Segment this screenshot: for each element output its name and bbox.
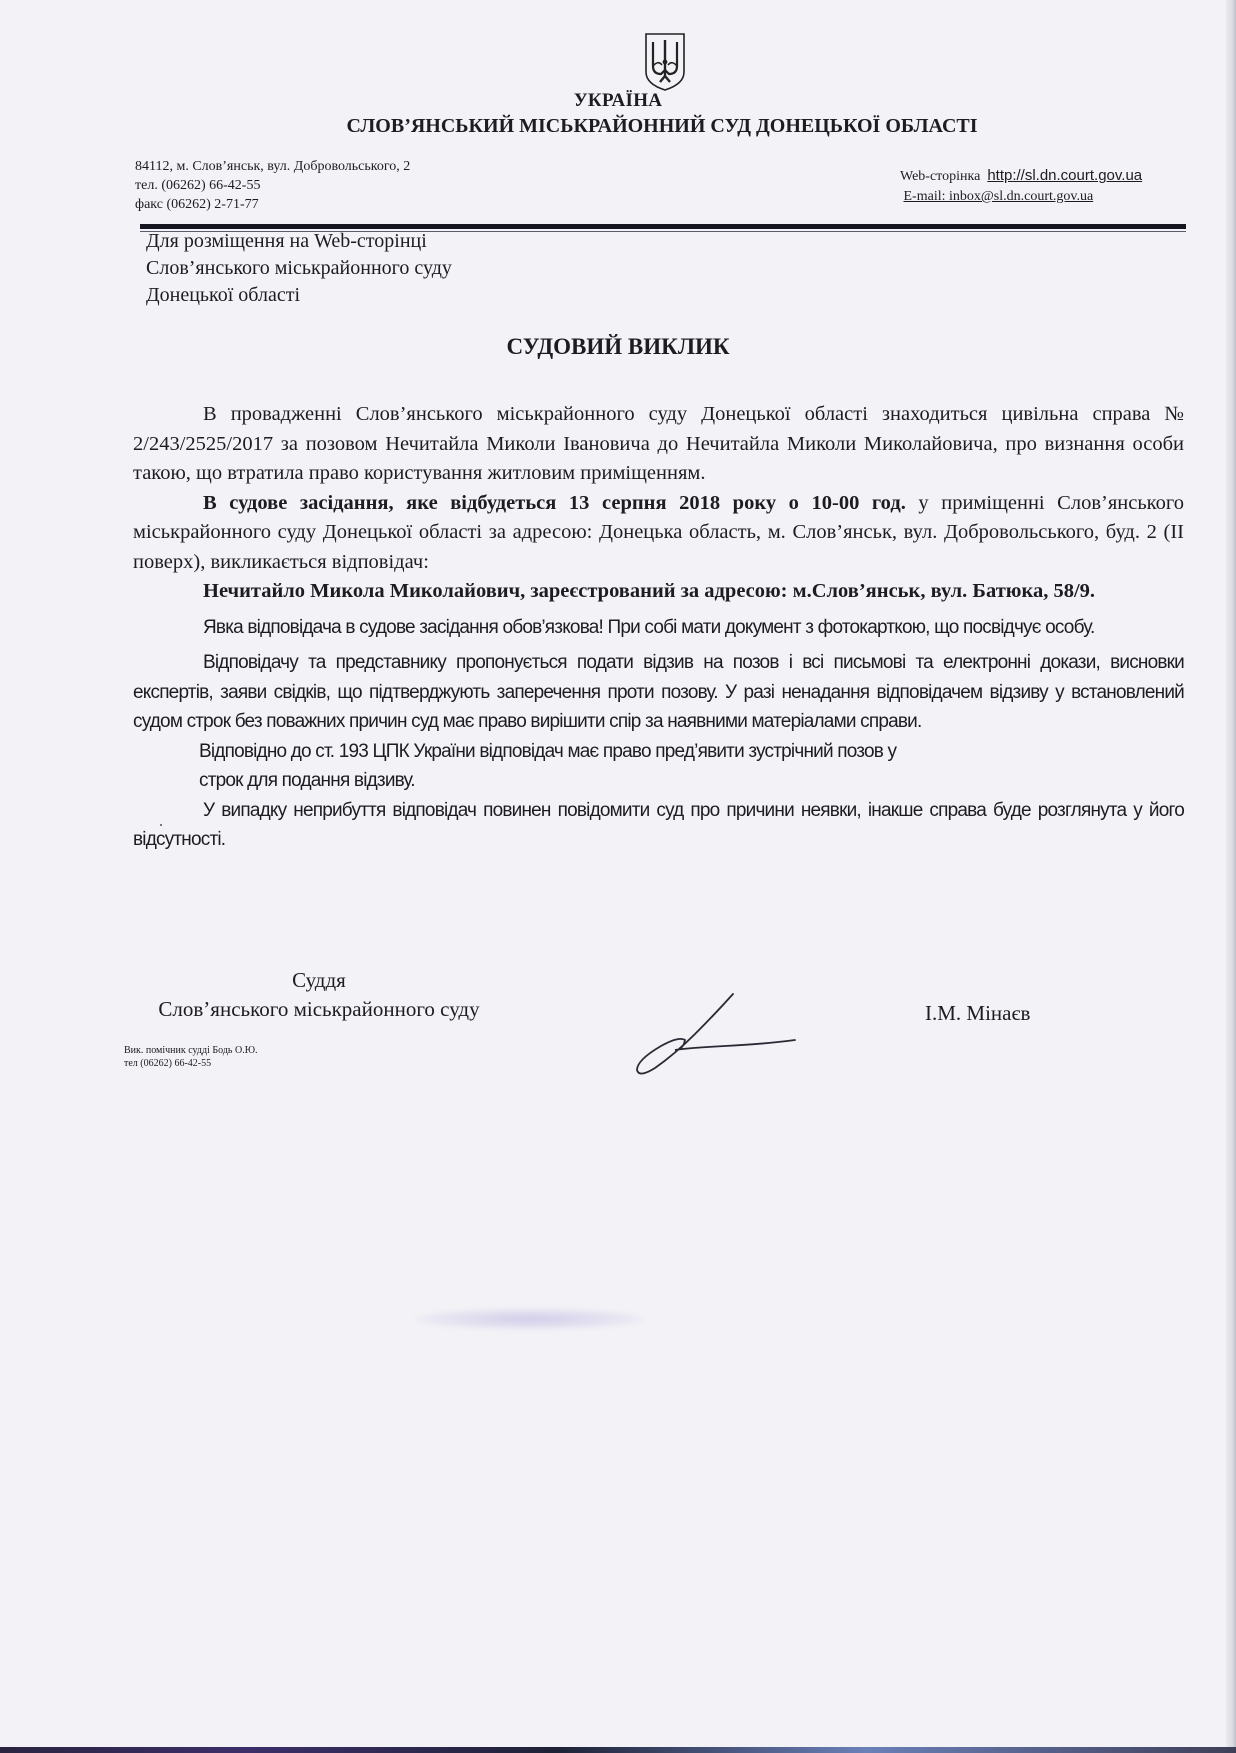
court-name-heading: СЛОВ’ЯНСЬКИЙ МІСЬКРАЙОННИЙ СУД ДОНЕЦЬКОЇ…: [322, 115, 1002, 138]
judge-role: Суддя: [124, 966, 514, 995]
scan-page-edge: [1226, 0, 1236, 1753]
court-address: 84112, м. Слов’янськ, вул. Добровольсько…: [135, 157, 410, 176]
document-title: СУДОВИЙ ВИКЛИК: [0, 334, 1236, 360]
email-link[interactable]: E-mail: inbox@sl.dn.court.gov.ua: [904, 189, 1094, 204]
defendant-paragraph: Нечитайло Микола Миколайович, зареєстров…: [133, 577, 1184, 607]
faded-stamp-mark: [415, 1308, 645, 1330]
assistant-phone: тел (06262) 66-42-55: [124, 1057, 257, 1070]
summons-body: В провадженні Слов’янського міськрайонно…: [133, 400, 1184, 855]
hearing-paragraph: В судове засідання, яке відбудеться 13 с…: [133, 489, 1184, 578]
web-label: Web-сторінка: [900, 169, 980, 184]
absence-paragraph: У випадку неприбуття відповідач повинен …: [133, 796, 1184, 855]
ukraine-trident-icon: [644, 32, 686, 92]
court-web-contacts: Web-сторінка http://sl.dn.court.gov.ua E…: [900, 166, 1142, 207]
handwritten-signature-icon: [625, 990, 805, 1080]
scan-speck: [160, 824, 162, 826]
placement-line: Донецької області: [146, 282, 452, 309]
attendance-paragraph: Явка відповідача в судове засідання обов…: [133, 613, 1184, 643]
assistant-contact: Вик. помічник судді Бодь О.Ю. тел (06262…: [124, 1044, 257, 1070]
placement-note: Для розміщення на Web-сторінці Слов’янсь…: [146, 228, 452, 309]
judge-title: Суддя Слов’янського міськрайонного суду: [124, 966, 514, 1024]
judge-name: І.М. Мінаєв: [925, 1001, 1030, 1026]
scan-bottom-edge: [0, 1747, 1236, 1753]
web-link[interactable]: http://sl.dn.court.gov.ua: [987, 167, 1142, 184]
court-phone: тел. (06262) 66-42-55: [135, 176, 410, 195]
country-heading: УКРАЇНА: [0, 90, 1236, 112]
judge-court: Слов’янського міськрайонного суду: [124, 995, 514, 1024]
response-paragraph: Відповідачу та представнику пропонується…: [133, 648, 1184, 737]
case-paragraph: В провадженні Слов’янського міськрайонно…: [133, 400, 1184, 489]
assistant-name: Вик. помічник судді Бодь О.Ю.: [124, 1044, 257, 1057]
placement-line: Слов’янського міськрайонного суду: [146, 255, 452, 282]
hearing-date: В судове засідання, яке відбудеться 13 с…: [203, 492, 906, 514]
counterclaim-continuation: строк для подання відзиву.: [133, 766, 1184, 796]
counterclaim-paragraph: Відповідно до ст. 193 ЦПК України відпов…: [133, 737, 1184, 767]
defendant-info: Нечитайло Микола Миколайович, зареєстров…: [203, 580, 1095, 602]
counterclaim-line: Відповідно до ст. 193 ЦПК України відпов…: [199, 741, 896, 762]
court-fax: факс (06262) 2-71-77: [135, 195, 410, 214]
court-contacts: 84112, м. Слов’янськ, вул. Добровольсько…: [135, 157, 410, 214]
placement-line: Для розміщення на Web-сторінці: [146, 228, 452, 255]
